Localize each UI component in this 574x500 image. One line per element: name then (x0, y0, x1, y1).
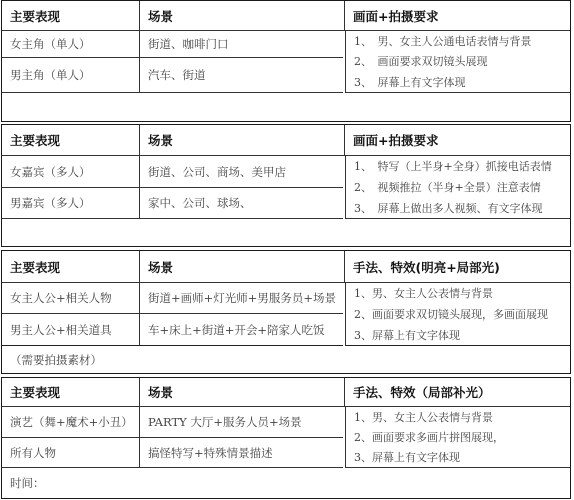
header-scene: 场景 (140, 378, 345, 406)
role-cell: 男嘉宾（多人） (2, 188, 140, 218)
header-scene: 场景 (140, 125, 345, 155)
requirements-list: 1、 特写（上半身+全身）抓接电话表情 2、 视频推拉（半身+全景）注意表情 3… (345, 156, 570, 219)
header-main-performance: 主要表现 (2, 1, 140, 30)
shooting-table-4: 主要表现 场景 手法、特效（局部补光） 演艺（舞+魔术+小丑） PARTY 大厅… (1, 377, 571, 499)
header-main-performance: 主要表现 (2, 378, 140, 406)
technique-item: 1、男、女主人公表情与背景 (354, 409, 570, 425)
requirement-item: 3、 屏幕上做出多人视频、有文字体现 (354, 200, 570, 216)
techniques-list: 1、男、女主人公表情与背景 2、画面要求双切镜头展现，多画面展现 3、屏幕上有文… (345, 283, 570, 346)
table-row: 女嘉宾（多人） 街道、公司、商场、美甲店 (2, 156, 343, 188)
technique-item: 2、画面要求多画片拼图展现， (354, 429, 570, 445)
scene-cell: 家中、公司、球场、 (140, 188, 345, 218)
header-scene: 场景 (140, 251, 345, 282)
header-main-performance: 主要表现 (2, 251, 140, 282)
requirement-item: 1、 男、女主人公通电话表情与背景 (354, 33, 570, 49)
shooting-table-3: 主要表现 场景 手法、特效(明亮+局部光) 女主人公+相关人物 街道+画师+灯光… (1, 250, 571, 374)
table-row: 演艺（舞+魔术+小丑） PARTY 大厅+服务人员+场景 (2, 407, 343, 438)
header-requirements: 画面+拍摄要求 (345, 1, 570, 30)
techniques-list: 1、男、女主人公表情与背景 2、画面要求多画片拼图展现， 3、屏幕上有文字体现 (345, 407, 570, 468)
requirement-item: 3、 屏幕上有文字体现 (354, 74, 570, 90)
technique-item: 3、屏幕上有文字体现 (354, 449, 570, 465)
technique-item: 1、男、女主人公表情与背景 (354, 285, 570, 301)
scene-cell: 搞怪特写+特殊情景描述 (140, 438, 345, 467)
table-footer-note: （需要拍摄素材） (2, 346, 570, 373)
table-row: 所有人物 搞怪特写+特殊情景描述 (2, 438, 343, 468)
scene-cell: 街道、公司、商场、美甲店 (140, 156, 345, 187)
table-row: 女主角（单人） 街道、咖啡门口 (2, 31, 343, 58)
shooting-table-2: 主要表现 场景 画面+拍摄要求 女嘉宾（多人） 街道、公司、商场、美甲店 男嘉宾… (1, 124, 571, 247)
role-cell: 女主角（单人） (2, 31, 140, 57)
scene-cell: 汽车、街道 (140, 58, 345, 92)
scene-cell: 车+床上+街道+开会+陪家人吃饭 (140, 314, 345, 345)
header-requirements: 画面+拍摄要求 (345, 125, 570, 155)
requirement-item: 2、 视频推拉（半身+全景）注意表情 (354, 179, 570, 195)
table-row: 男主角（单人） 汽车、街道 (2, 58, 343, 93)
header-row: 主要表现 场景 画面+拍摄要求 (2, 125, 570, 156)
table-footer-time: 时间： (2, 468, 570, 498)
technique-item: 3、屏幕上有文字体现 (354, 327, 570, 343)
role-cell: 所有人物 (2, 438, 140, 467)
header-techniques: 手法、特效(明亮+局部光) (345, 251, 570, 282)
role-cell: 女主人公+相关人物 (2, 283, 140, 313)
scene-cell: 街道+画师+灯光师+男服务员+场景 (140, 283, 345, 313)
role-cell: 男主角（单人） (2, 58, 140, 92)
header-techniques: 手法、特效（局部补光） (345, 378, 570, 406)
table-row: 男嘉宾（多人） 家中、公司、球场、 (2, 188, 343, 219)
header-row: 主要表现 场景 画面+拍摄要求 (2, 1, 570, 31)
table-row: 女主人公+相关人物 街道+画师+灯光师+男服务员+场景 (2, 283, 343, 314)
requirement-item: 2、 画面要求双切镜头展现 (354, 53, 570, 69)
header-row: 主要表现 场景 手法、特效(明亮+局部光) (2, 251, 570, 283)
requirements-list: 1、 男、女主人公通电话表情与背景 2、 画面要求双切镜头展现 3、 屏幕上有文… (345, 31, 570, 93)
table-footer (2, 219, 570, 246)
shooting-table-1: 主要表现 场景 画面+拍摄要求 女主角（单人） 街道、咖啡门口 男主角（单人） … (1, 0, 571, 122)
role-cell: 演艺（舞+魔术+小丑） (2, 407, 140, 437)
header-scene: 场景 (140, 1, 345, 30)
header-main-performance: 主要表现 (2, 125, 140, 155)
header-row: 主要表现 场景 手法、特效（局部补光） (2, 378, 570, 407)
scene-cell: PARTY 大厅+服务人员+场景 (140, 407, 345, 437)
role-cell: 男主人公+相关道具 (2, 314, 140, 345)
role-cell: 女嘉宾（多人） (2, 156, 140, 187)
scene-cell: 街道、咖啡门口 (140, 31, 345, 57)
technique-item: 2、画面要求双切镜头展现，多画面展现 (354, 306, 570, 322)
table-footer (2, 93, 570, 121)
table-row: 男主人公+相关道具 车+床上+街道+开会+陪家人吃饭 (2, 314, 343, 346)
requirement-item: 1、 特写（上半身+全身）抓接电话表情 (354, 158, 570, 174)
